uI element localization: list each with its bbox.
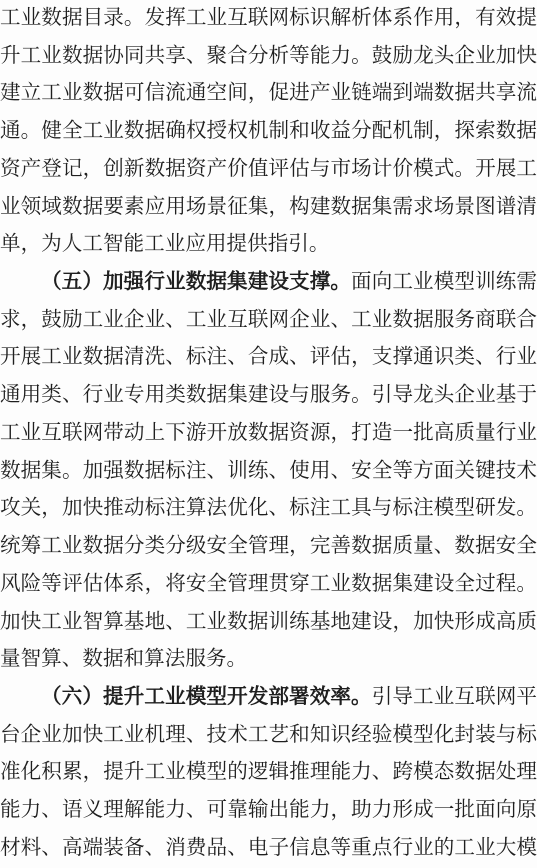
text-line: 台企业加快工业机理、技术工艺和知识经验模型化封装与标 bbox=[0, 717, 537, 755]
line-text: 材料、高端装备、消费品、电子信息等重点行业的工业大模 bbox=[0, 837, 537, 859]
text-line: 建立工业数据可信流通空间，促进产业链端到端数据共享流 bbox=[0, 75, 537, 113]
line-text: 单，为人工智能工业应用提供指引。 bbox=[0, 233, 330, 255]
line-text: 引导工业互联网平 bbox=[372, 686, 537, 708]
line-text: 风险等评估体系，将安全管理贯穿工业数据集建设全过程。 bbox=[0, 573, 537, 595]
text-line: 求，鼓励工业企业、工业互联网企业、工业数据服务商联合 bbox=[0, 302, 537, 340]
line-text: 能力、语义理解能力、可靠输出能力，助力形成一批面向原 bbox=[0, 799, 537, 821]
line-text: 工业数据目录。发挥工业互联网标识解析体系作用，有效提 bbox=[0, 7, 537, 29]
document-page: 工业数据目录。发挥工业互联网标识解析体系作用，有效提 升工业数据协同共享、聚合分… bbox=[0, 0, 537, 868]
text-line: 通。健全工业数据确权授权机制和收益分配机制，探索数据 bbox=[0, 113, 537, 151]
text-line: 统筹工业数据分类分级安全管理，完善数据质量、数据安全 bbox=[0, 528, 537, 566]
line-text: 通用类、行业专用类数据集建设与服务。引导龙头企业基于 bbox=[0, 384, 537, 406]
paragraph-end-line: 量智算、数据和算法服务。 bbox=[0, 641, 537, 679]
text-line: 通用类、行业专用类数据集建设与服务。引导龙头企业基于 bbox=[0, 377, 537, 415]
section-heading-line-5: （五）加强行业数据集建设支撑。面向工业模型训练需 bbox=[0, 264, 537, 302]
text-line: 工业数据目录。发挥工业互联网标识解析体系作用，有效提 bbox=[0, 0, 537, 38]
line-text: 业领域数据要素应用场景征集，构建数据集需求场景图谱清 bbox=[0, 196, 537, 218]
text-line: 开展工业数据清洗、标注、合成、评估，支撑通识类、行业 bbox=[0, 339, 537, 377]
text-line: 升工业数据协同共享、聚合分析等能力。鼓励龙头企业加快 bbox=[0, 38, 537, 76]
line-text: 通。健全工业数据确权授权机制和收益分配机制，探索数据 bbox=[0, 120, 537, 142]
text-line: 风险等评估体系，将安全管理贯穿工业数据集建设全过程。 bbox=[0, 566, 537, 604]
section-heading: （六）提升工业模型开发部署效率。 bbox=[41, 686, 372, 708]
line-text: 量智算、数据和算法服务。 bbox=[0, 648, 247, 670]
section-heading: （五）加强行业数据集建设支撑。 bbox=[41, 271, 351, 293]
text-line: 攻关，加快推动标注算法优化、标注工具与标注模型研发。 bbox=[0, 490, 537, 528]
line-text: 准化积累，提升工业模型的逻辑推理能力、跨模态数据处理 bbox=[0, 761, 537, 783]
text-line: 准化积累，提升工业模型的逻辑推理能力、跨模态数据处理 bbox=[0, 754, 537, 792]
text-line: 数据集。加强数据标注、训练、使用、安全等方面关键技术 bbox=[0, 453, 537, 491]
paragraph-end-line: 单，为人工智能工业应用提供指引。 bbox=[0, 226, 537, 264]
line-text: 资产登记，创新数据资产价值评估与市场计价模式。开展工 bbox=[0, 158, 537, 180]
text-line: 能力、语义理解能力、可靠输出能力，助力形成一批面向原 bbox=[0, 792, 537, 830]
line-text: 开展工业数据清洗、标注、合成、评估，支撑通识类、行业 bbox=[0, 346, 537, 368]
line-text: 建立工业数据可信流通空间，促进产业链端到端数据共享流 bbox=[0, 82, 537, 104]
text-line: 工业互联网带动上下游开放数据资源，打造一批高质量行业 bbox=[0, 415, 537, 453]
line-text: 求，鼓励工业企业、工业互联网企业、工业数据服务商联合 bbox=[0, 309, 537, 331]
text-line: 材料、高端装备、消费品、电子信息等重点行业的工业大模 bbox=[0, 830, 537, 868]
line-text: 工业互联网带动上下游开放数据资源，打造一批高质量行业 bbox=[0, 422, 537, 444]
line-text: 台企业加快工业机理、技术工艺和知识经验模型化封装与标 bbox=[0, 724, 537, 746]
text-line: 加快工业智算基地、工业数据训练基地建设，加快形成高质 bbox=[0, 604, 537, 642]
text-line: 业领域数据要素应用场景征集，构建数据集需求场景图谱清 bbox=[0, 189, 537, 227]
line-text: 攻关，加快推动标注算法优化、标注工具与标注模型研发。 bbox=[0, 497, 537, 519]
line-text: 升工业数据协同共享、聚合分析等能力。鼓励龙头企业加快 bbox=[0, 45, 537, 67]
section-heading-line-6: （六）提升工业模型开发部署效率。引导工业互联网平 bbox=[0, 679, 537, 717]
line-text: 统筹工业数据分类分级安全管理，完善数据质量、数据安全 bbox=[0, 535, 537, 557]
text-line: 资产登记，创新数据资产价值评估与市场计价模式。开展工 bbox=[0, 151, 537, 189]
line-text: 加快工业智算基地、工业数据训练基地建设，加快形成高质 bbox=[0, 611, 537, 633]
line-text: 面向工业模型训练需 bbox=[351, 271, 537, 293]
line-text: 数据集。加强数据标注、训练、使用、安全等方面关键技术 bbox=[0, 460, 537, 482]
